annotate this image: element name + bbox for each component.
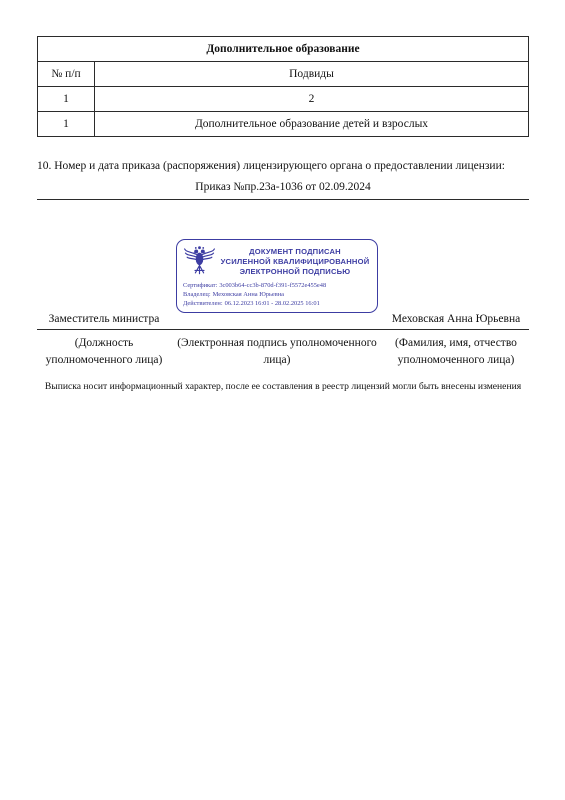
signature-position-column: Заместитель министра (Должность уполномо…: [37, 313, 171, 368]
certificate-label: Сертификат:: [183, 282, 217, 289]
stamp-title-line2: УСИЛЕННОЙ КВАЛИФИЦИРОВАННОЙ: [219, 257, 371, 267]
table-row: 1 Дополнительное образование детей и взр…: [38, 112, 529, 137]
stamp-details: Сертификат:3c003b64-cc3b-870d-f391-f5572…: [183, 282, 371, 309]
validity-value: 06.12.2023 16:01 - 28.02.2025 16:01: [225, 300, 320, 307]
electronic-signature-stamp: ДОКУМЕНТ ПОДПИСАН УСИЛЕННОЙ КВАЛИФИЦИРОВ…: [176, 239, 378, 313]
owner-label: Владелец:: [183, 291, 211, 298]
additional-education-table: Дополнительное образование № п/п Подвиды…: [37, 36, 529, 137]
position-caption: (Должность уполномоченного лица): [37, 329, 171, 368]
informational-note: Выписка носит информационный характер, п…: [37, 381, 529, 392]
table-cell: 1: [38, 87, 95, 112]
column-header-num: № п/п: [38, 62, 95, 87]
esign-caption: (Электронная подпись уполномоченного лиц…: [171, 329, 383, 368]
order-number-value: Приказ №пр.23а-1036 от 02.09.2024: [37, 181, 529, 200]
table-title-row: Дополнительное образование: [38, 37, 529, 62]
signature-name-column: Меховская Анна Юрьевна (Фамилия, имя, от…: [383, 313, 529, 368]
stamp-title-line1: ДОКУМЕНТ ПОДПИСАН: [219, 247, 371, 257]
validity-label: Действителен:: [183, 300, 223, 307]
stamp-header: ДОКУМЕНТ ПОДПИСАН УСИЛЕННОЙ КВАЛИФИЦИРОВ…: [183, 244, 371, 280]
signature-row: Заместитель министра (Должность уполномо…: [37, 239, 529, 368]
signer-position: Заместитель министра: [37, 313, 171, 325]
owner-value: Меховская Анна Юрьевна: [213, 291, 284, 298]
name-caption: (Фамилия, имя, отчество уполномоченного …: [383, 329, 529, 368]
stamp-certificate-line: Сертификат:3c003b64-cc3b-870d-f391-f5572…: [183, 282, 371, 291]
stamp-title-line3: ЭЛЕКТРОННОЙ ПОДПИСЬЮ: [219, 267, 371, 277]
signature-esign-column: ДОКУМЕНТ ПОДПИСАН УСИЛЕННОЙ КВАЛИФИЦИРОВ…: [171, 239, 383, 368]
certificate-value: 3c003b64-cc3b-870d-f391-f5572e455e48: [219, 282, 326, 289]
order-clause-label: 10. Номер и дата приказа (распоряжения) …: [37, 160, 529, 172]
stamp-title: ДОКУМЕНТ ПОДПИСАН УСИЛЕННОЙ КВАЛИФИЦИРОВ…: [219, 247, 371, 278]
table-cell: 2: [95, 87, 529, 112]
document-content: Дополнительное образование № п/п Подвиды…: [0, 0, 565, 392]
table-row: 1 2: [38, 87, 529, 112]
table-cell: 1: [38, 112, 95, 137]
signer-name: Меховская Анна Юрьевна: [383, 313, 529, 325]
coat-of-arms-icon: [183, 244, 216, 280]
column-header-subtypes: Подвиды: [95, 62, 529, 87]
esign-stamp-wrap: ДОКУМЕНТ ПОДПИСАН УСИЛЕННОЙ КВАЛИФИЦИРОВ…: [171, 239, 383, 325]
license-extract-page: Дополнительное образование № п/п Подвиды…: [0, 0, 565, 800]
table-header-row: № п/п Подвиды: [38, 62, 529, 87]
stamp-owner-line: Владелец:Меховская Анна Юрьевна: [183, 291, 371, 300]
table-cell: Дополнительное образование детей и взрос…: [95, 112, 529, 137]
stamp-validity-line: Действителен:06.12.2023 16:01 - 28.02.20…: [183, 300, 371, 309]
table-title: Дополнительное образование: [38, 37, 529, 62]
